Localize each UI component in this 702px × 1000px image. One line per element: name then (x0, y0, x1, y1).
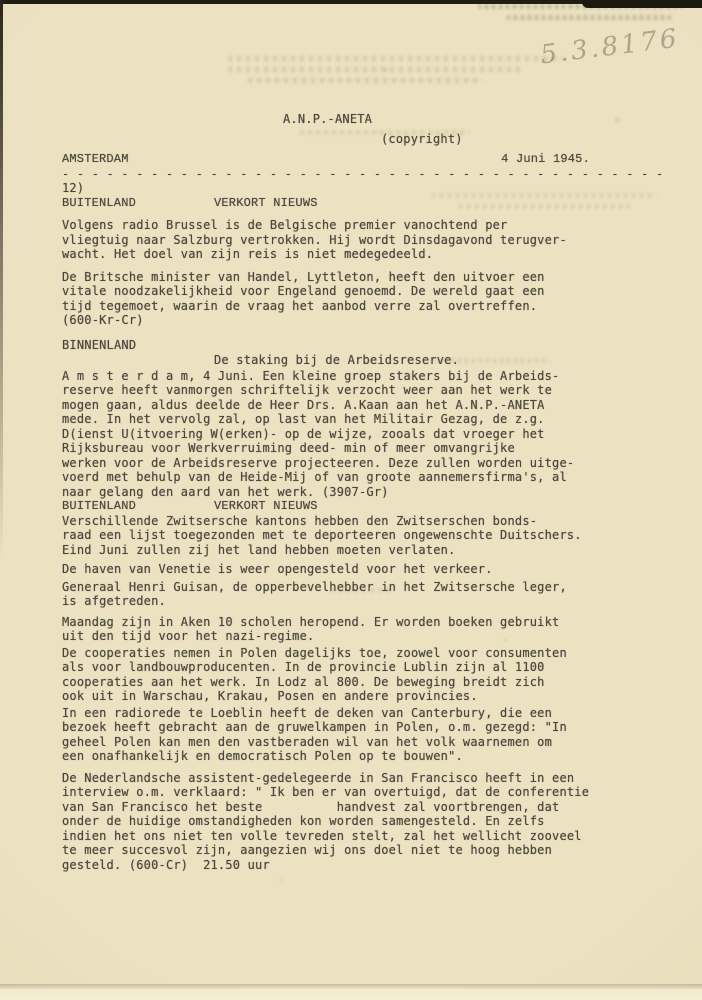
heading-staking: De staking bij de Arbeidsreserve. (214, 353, 662, 368)
paragraph-venetie: De haven van Venetie is weer opengesteld… (62, 562, 662, 577)
paragraph-canterbury: In een radiorede te Loeblin heeft de dek… (62, 706, 662, 764)
paragraph-cooperaties: De cooperaties nemen in Polen dagelijks … (62, 646, 662, 704)
paragraph-zwitserland: Verschillende Zwitsersche kantons hebben… (62, 514, 662, 558)
section-label: BUITENLAND (62, 196, 214, 211)
paragraph-brussel: Volgens radio Brussel is de Belgische pr… (62, 218, 662, 262)
paragraph-san-francisco: De Nederlandsche assistent-gedelegeerde … (62, 771, 662, 873)
paragraph-lyttleton: De Britsche minister van Handel, Lyttlet… (62, 270, 662, 328)
dashed-separator: - - - - - - - - - - - - - - - - - - - - … (62, 167, 662, 182)
paragraph-staking: A m s t e r d a m, 4 Juni. Een kleine gr… (62, 369, 662, 500)
paragraph-guisan: Generaal Henri Guisan, de opperbevelhebb… (62, 580, 662, 609)
section-title: VERKORT NIEUWS (214, 499, 318, 514)
copyright-line: (copyright) (381, 132, 662, 147)
dateline-city: AMSTERDAM (62, 152, 129, 167)
heading-binnenland: BINNENLAND (62, 338, 662, 353)
rubric-buitenland-2: BUITENLAND VERKORT NIEUWS (62, 499, 662, 514)
agency-name: A.N.P.-ANETA (283, 112, 662, 127)
dateline-row: AMSTERDAM 4 Juni 1945. (62, 152, 662, 167)
dateline-date: 4 Juni 1945. (501, 152, 590, 167)
scanned-document-sheet: A.N.P.-ANETA (copyright) AMSTERDAM 4 Jun… (0, 0, 702, 1000)
scan-edge-left (0, 0, 3, 560)
scan-edge-bottom (0, 984, 702, 1000)
item-number: 12) (62, 181, 662, 196)
rubric-buitenland-1: BUITENLAND VERKORT NIEUWS (62, 196, 662, 211)
scan-edge-top-right (582, 0, 702, 8)
section-title: VERKORT NIEUWS (214, 196, 318, 211)
section-label: BUITENLAND (62, 499, 214, 514)
paragraph-aken: Maandag zijn in Aken 10 scholen heropend… (62, 615, 662, 644)
